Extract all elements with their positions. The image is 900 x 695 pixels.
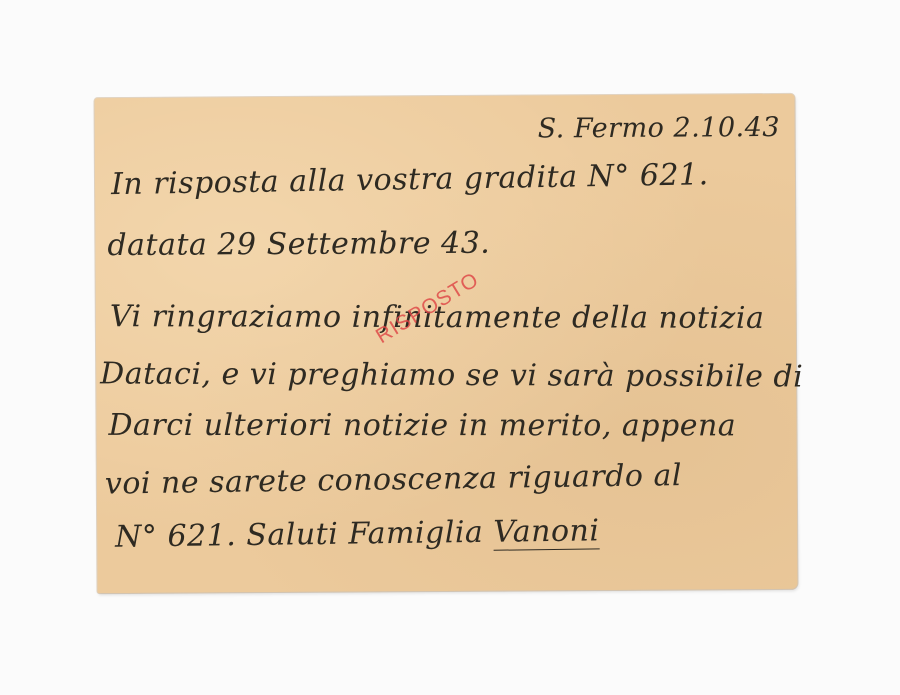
closing-reference: N° 621. bbox=[115, 518, 237, 555]
scan-background: S. Fermo 2.10.43 In risposta alla vostra… bbox=[0, 0, 900, 695]
body-line-6: voi ne sarete conoscenza riguardo al bbox=[105, 458, 683, 502]
body-line-4: Dataci, e vi preghiamo se vi sarà possib… bbox=[100, 356, 803, 394]
body-line-2: datata 29 Settembre 43. bbox=[107, 226, 490, 263]
signature: Vanoni bbox=[493, 513, 600, 549]
closing-greeting: Saluti Famiglia bbox=[246, 515, 483, 553]
body-line-1: In risposta alla vostra gradita N° 621. bbox=[111, 157, 709, 202]
body-line-5: Darci ulteriori notizie in merito, appen… bbox=[108, 408, 736, 444]
postcard: S. Fermo 2.10.43 In risposta alla vostra… bbox=[94, 94, 797, 593]
closing-line: N° 621. Saluti Famiglia Vanoni bbox=[115, 513, 600, 554]
place-date: S. Fermo 2.10.43 bbox=[538, 112, 781, 144]
